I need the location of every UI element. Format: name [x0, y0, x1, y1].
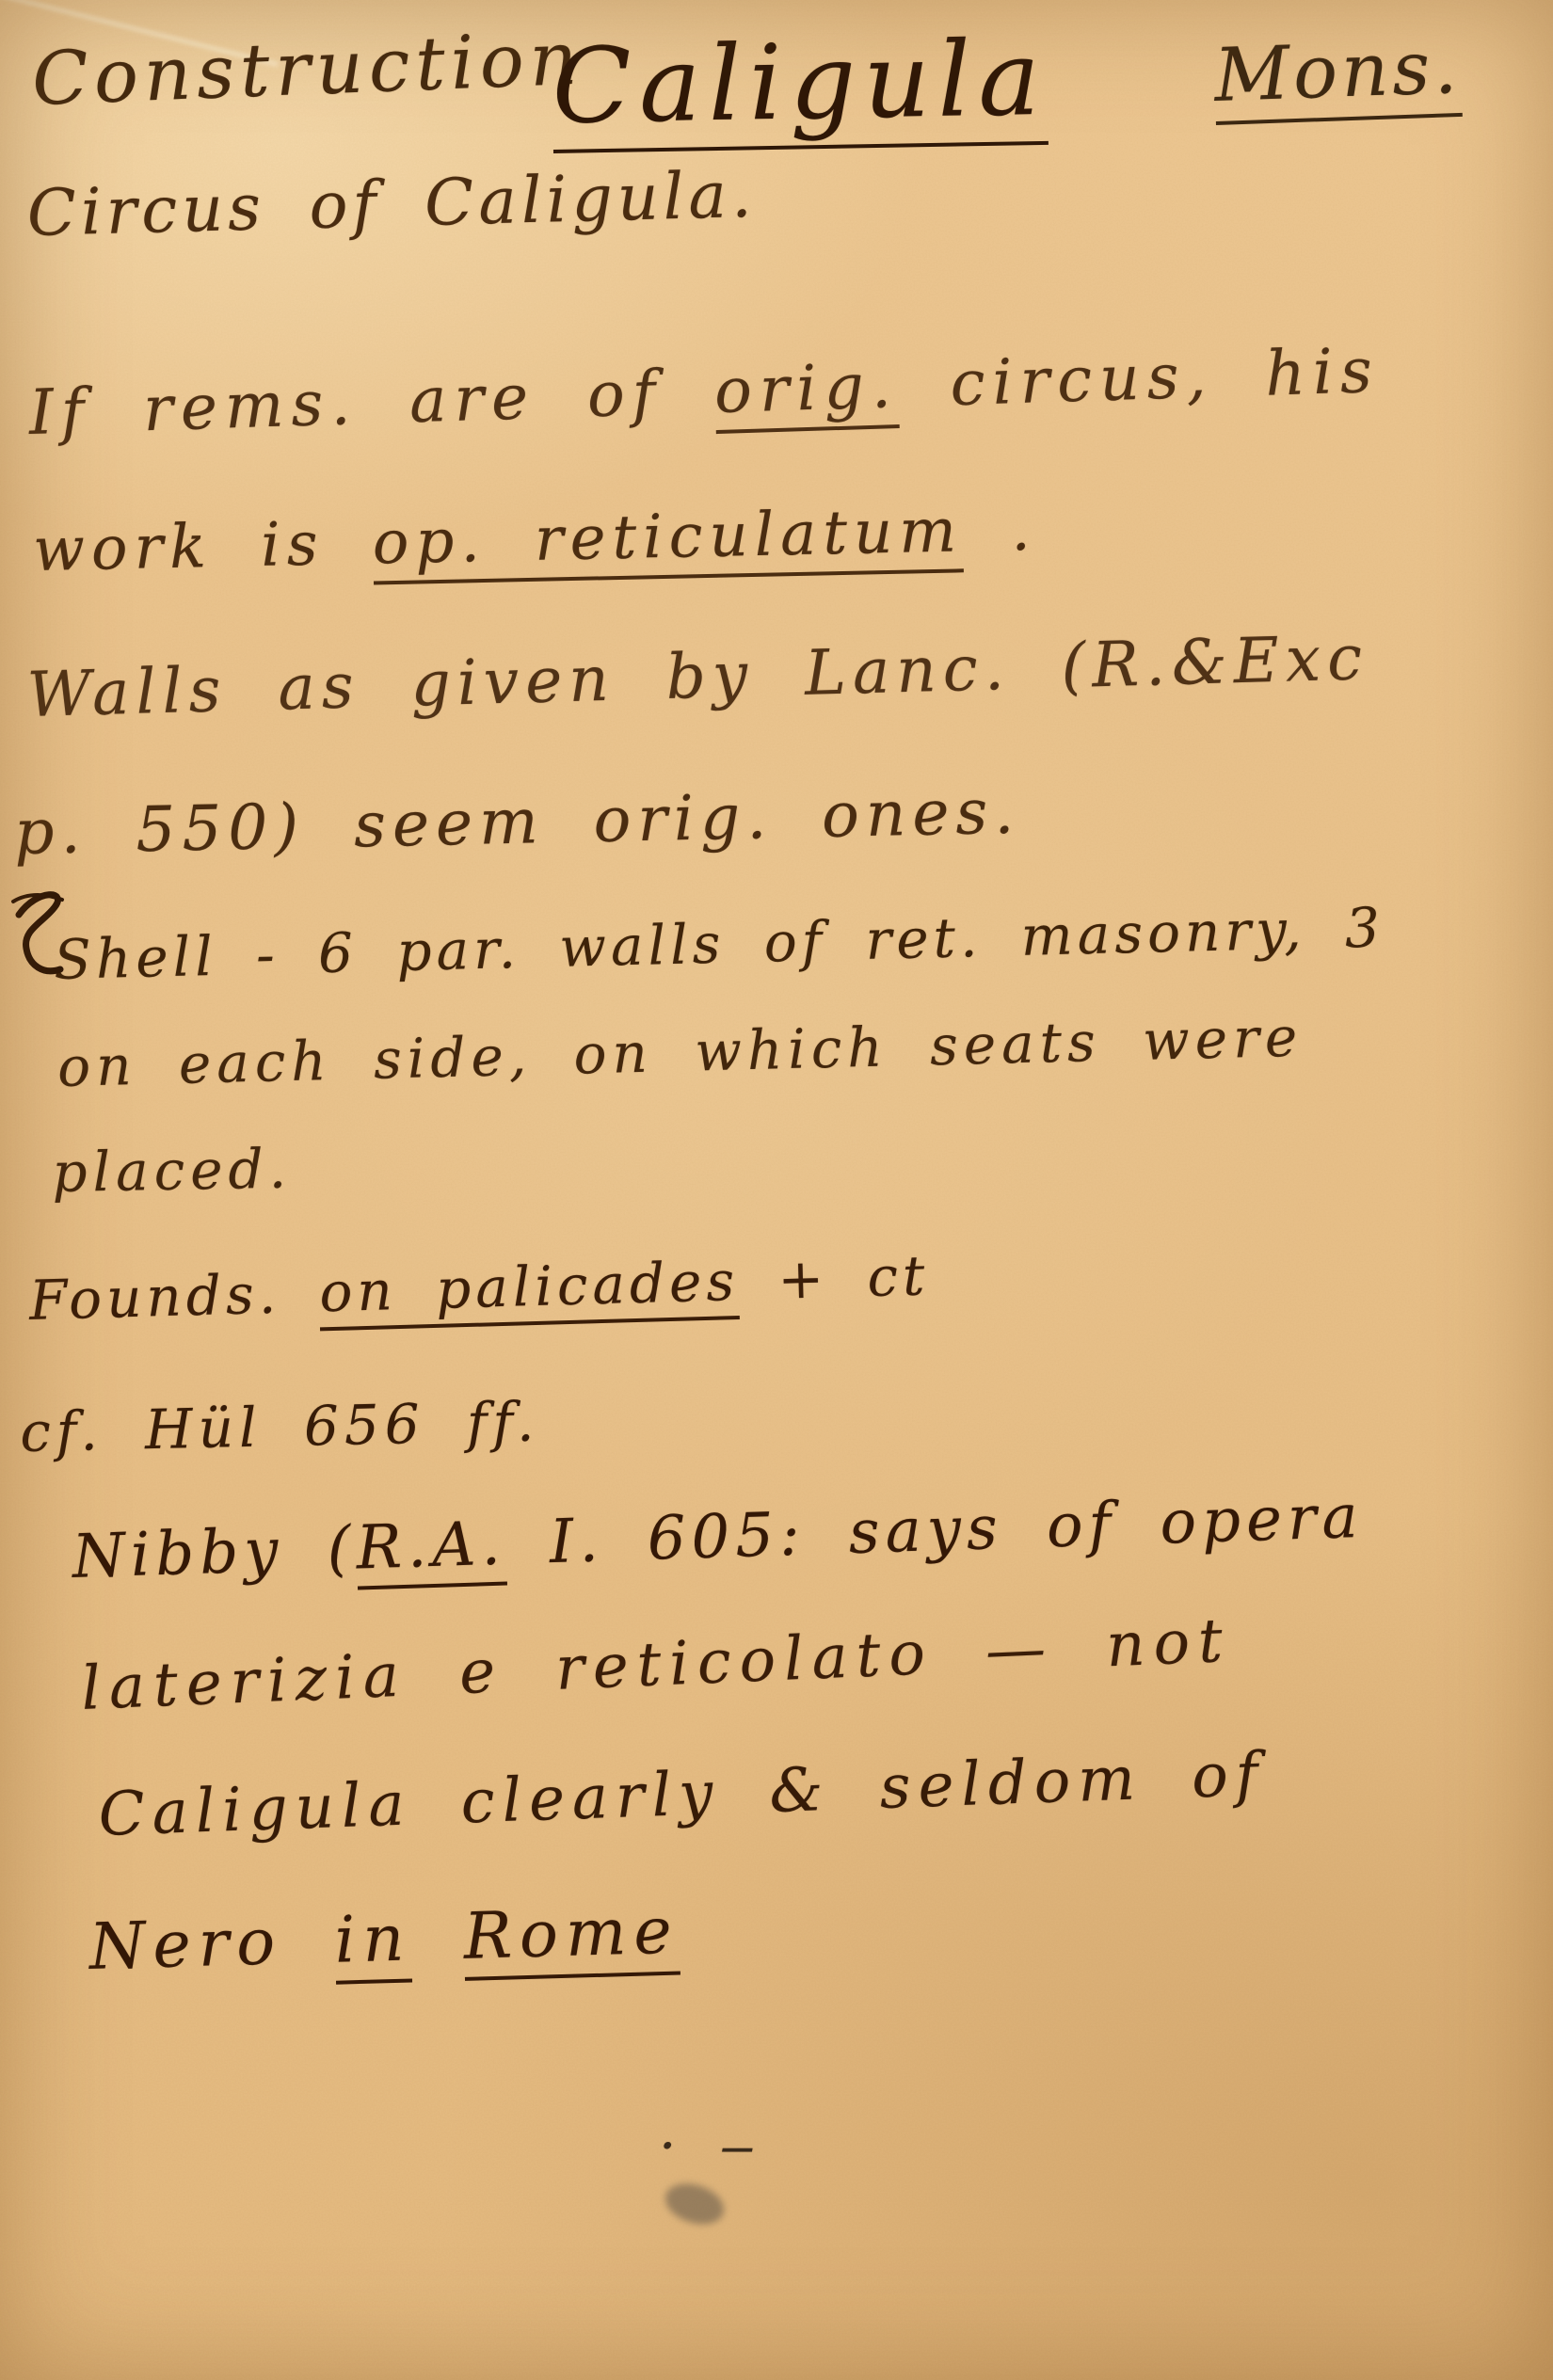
handwritten-line: placed. [52, 1137, 293, 1205]
handwritten-line: Nero in Rome [88, 1894, 680, 1985]
line-text: cf. Hül 656 ff. [20, 1389, 540, 1464]
line-text: circus, his [897, 334, 1381, 422]
line-text: . [962, 495, 1037, 567]
underlined-text: on palicades [318, 1249, 740, 1331]
underlined-text: op. reticulatum [372, 496, 964, 584]
underlined-text: Rome [463, 1894, 680, 1981]
footer-ink-mark: · ‒ [659, 2114, 768, 2178]
line-text [410, 1900, 465, 1976]
line-text: work is [32, 508, 373, 585]
header-subject: Caligula [552, 18, 1049, 153]
underlined-text: in [334, 1901, 413, 1984]
header-category: Mons. [1213, 25, 1463, 125]
line-text: Nero [88, 1904, 336, 1985]
line-text: Nibby ( [72, 1514, 358, 1592]
underlined-text: orig. [713, 349, 900, 434]
margin-flourish [6, 883, 81, 986]
handwritten-line: cf. Hül 656 ff. [20, 1389, 540, 1464]
line-text: + ct [738, 1243, 930, 1313]
line-text: Founds. [28, 1260, 320, 1333]
underlined-text: R.A. [355, 1509, 507, 1590]
line-text: placed. [52, 1137, 293, 1205]
note-card: { "card": { "kind": "handwritten index c… [0, 0, 1553, 2380]
